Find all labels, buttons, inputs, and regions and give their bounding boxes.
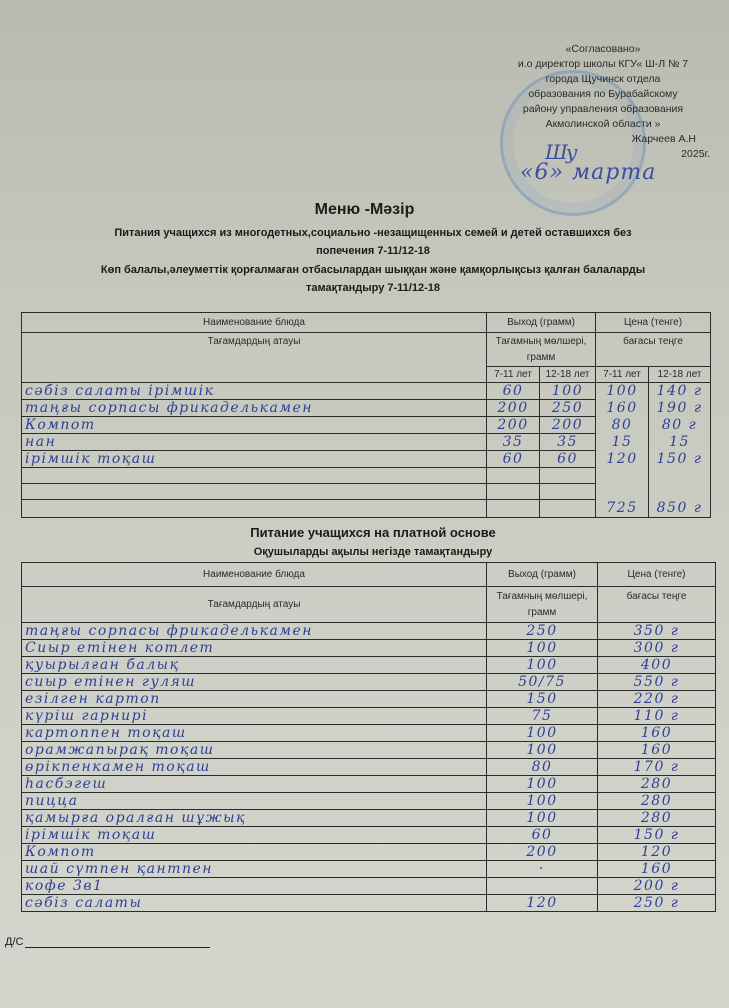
table-row: таңғы сорпасы фрикаделькамен250350 г bbox=[22, 623, 716, 640]
table-row: таңғы сорпасы фрикаделькамен200250160190… bbox=[22, 400, 711, 417]
grams: 100 bbox=[487, 725, 598, 742]
col-header-age-7-11: 7-11 лет bbox=[596, 367, 649, 383]
grams: 100 bbox=[487, 657, 598, 674]
approval-line: и.о директор школы КГУ« Ш-Л № 7 bbox=[478, 57, 728, 72]
grams-7-11: 35 bbox=[487, 434, 540, 451]
handwritten-date: «6» марта bbox=[520, 160, 656, 185]
grams: 50/75 bbox=[487, 674, 598, 691]
grams-7-11: 60 bbox=[487, 383, 540, 400]
table-row bbox=[22, 484, 711, 500]
grams: 250 bbox=[487, 623, 598, 640]
table-row: қамырға оралған шұжық100280 bbox=[22, 810, 716, 827]
grams-7-11: 200 bbox=[487, 400, 540, 417]
table-row: Компот2002008080 г bbox=[22, 417, 711, 434]
price-7-11 bbox=[596, 484, 649, 500]
table-row: ірімшік тоқаш60150 г bbox=[22, 827, 716, 844]
col-header-name-kz: Тағамдардың атауы bbox=[22, 587, 487, 623]
dish-name: езілген картоп bbox=[22, 691, 487, 708]
col-header-price-kz: бағасы теңге bbox=[596, 333, 711, 367]
grams: 120 bbox=[487, 895, 598, 912]
price-7-11: 80 bbox=[596, 417, 649, 434]
table-row: кофе 3в1200 г bbox=[22, 878, 716, 895]
dish-name: сиыр етінен гуляш bbox=[22, 674, 487, 691]
table-row: һасбэгеш100280 bbox=[22, 776, 716, 793]
price: 250 г bbox=[598, 895, 716, 912]
table-row: шай сүтпен қантпен·160 bbox=[22, 861, 716, 878]
table-row: сиыр етінен гуляш50/75550 г bbox=[22, 674, 716, 691]
signoff-label: Д/С bbox=[5, 936, 23, 948]
dish-name: Компот bbox=[22, 417, 487, 434]
price: 160 bbox=[598, 725, 716, 742]
signatory-name: Жарчеев А.Н bbox=[632, 132, 696, 147]
paid-meal-table: Наименование блюда Выход (грамм) Цена (т… bbox=[21, 562, 716, 912]
price: 160 bbox=[598, 861, 716, 878]
grams-7-11: 60 bbox=[487, 451, 540, 468]
table-row: сәбіз салаты ірімшік60100100140 г bbox=[22, 383, 711, 400]
col-header-yield-ru: Выход (грамм) bbox=[487, 563, 598, 587]
grams: 200 bbox=[487, 844, 598, 861]
table-row: орамжапырақ тоқаш100160 bbox=[22, 742, 716, 759]
table-row: қуырылған балық100400 bbox=[22, 657, 716, 674]
col-header-age-12-18: 12-18 лет bbox=[540, 367, 596, 383]
price-12-18: 150 г bbox=[649, 451, 711, 468]
col-header-age-12-18: 12-18 лет bbox=[649, 367, 711, 383]
price-12-18: 140 г bbox=[649, 383, 711, 400]
price-7-11: 160 bbox=[596, 400, 649, 417]
grams: 100 bbox=[487, 793, 598, 810]
price: 300 г bbox=[598, 640, 716, 657]
dish-name: қуырылған балық bbox=[22, 657, 487, 674]
col-header-price-ru: Цена (тенге) bbox=[598, 563, 716, 587]
dish-name: һасбэгеш bbox=[22, 776, 487, 793]
grams: 80 bbox=[487, 759, 598, 776]
col-header-name-ru: Наименование блюда bbox=[22, 563, 487, 587]
grams: 100 bbox=[487, 640, 598, 657]
approval-heading: «Согласовано» bbox=[478, 42, 728, 57]
subtitle-kz-2: тамақтандыру 7-11/12-18 bbox=[28, 279, 718, 297]
dish-name: таңғы сорпасы фрикаделькамен bbox=[22, 400, 487, 417]
grams: 100 bbox=[487, 742, 598, 759]
grams-12-18: 200 bbox=[540, 417, 596, 434]
free-meal-table: Наименование блюда Выход (грамм) Цена (т… bbox=[21, 312, 711, 518]
price: 120 bbox=[598, 844, 716, 861]
dish-name: кофе 3в1 bbox=[22, 878, 487, 895]
price: 160 bbox=[598, 742, 716, 759]
empty-cell bbox=[540, 500, 596, 518]
dish-name: шай сүтпен қантпен bbox=[22, 861, 487, 878]
dish-name: сәбіз салаты bbox=[22, 895, 487, 912]
price: 280 bbox=[598, 810, 716, 827]
empty-cell bbox=[22, 500, 487, 518]
dish-name: сәбіз салаты ірімшік bbox=[22, 383, 487, 400]
price-7-11: 100 bbox=[596, 383, 649, 400]
approval-year: 2025г. bbox=[681, 147, 710, 162]
table-row: пицца100280 bbox=[22, 793, 716, 810]
col-header-yield-ru: Выход (грамм) bbox=[487, 313, 596, 333]
price: 150 г bbox=[598, 827, 716, 844]
grams-12-18 bbox=[540, 484, 596, 500]
table-row: нан35351515 bbox=[22, 434, 711, 451]
total-12-18: 850 г bbox=[649, 500, 711, 518]
approval-block: «Согласовано» и.о директор школы КГУ« Ш-… bbox=[478, 42, 728, 162]
grams: 60 bbox=[487, 827, 598, 844]
dish-name: қамырға оралған шұжық bbox=[22, 810, 487, 827]
total-row: 725850 г bbox=[22, 500, 711, 518]
grams: 75 bbox=[487, 708, 598, 725]
dish-name: таңғы сорпасы фрикаделькамен bbox=[22, 623, 487, 640]
page-title: Меню -Мәзір bbox=[0, 201, 729, 219]
col-header-price-kz: бағасы теңге bbox=[598, 587, 716, 623]
table-row: Сиыр етінен котлет100300 г bbox=[22, 640, 716, 657]
table-row: күріш гарнирі75110 г bbox=[22, 708, 716, 725]
grams-12-18: 250 bbox=[540, 400, 596, 417]
price: 200 г bbox=[598, 878, 716, 895]
col-header-name-ru: Наименование блюда bbox=[22, 313, 487, 333]
table-row: картоппен тоқаш100160 bbox=[22, 725, 716, 742]
table-row: өрікпенкамен тоқаш80170 г bbox=[22, 759, 716, 776]
price-7-11: 120 bbox=[596, 451, 649, 468]
price-12-18: 80 г bbox=[649, 417, 711, 434]
approval-line: Акмолинской области » bbox=[478, 117, 728, 132]
subtitle-ru-2: попечения 7-11/12-18 bbox=[28, 242, 718, 260]
price-12-18: 190 г bbox=[649, 400, 711, 417]
approval-line: району управления образования bbox=[478, 102, 728, 117]
dish-name: Компот bbox=[22, 844, 487, 861]
col-header-price-ru: Цена (тенге) bbox=[596, 313, 711, 333]
table-row: езілген картоп150220 г bbox=[22, 691, 716, 708]
price-12-18 bbox=[649, 468, 711, 484]
grams: · bbox=[487, 861, 598, 878]
dish-name: Сиыр етінен котлет bbox=[22, 640, 487, 657]
section2-title-ru: Питание учащихся на платной основе bbox=[28, 524, 718, 542]
total-7-11: 725 bbox=[596, 500, 649, 518]
dish-name: өрікпенкамен тоқаш bbox=[22, 759, 487, 776]
empty-cell bbox=[487, 500, 540, 518]
grams: 150 bbox=[487, 691, 598, 708]
grams-12-18: 60 bbox=[540, 451, 596, 468]
grams-7-11 bbox=[487, 484, 540, 500]
col-header-name-kz: Тағамдардың атауы bbox=[22, 333, 487, 383]
grams-12-18 bbox=[540, 468, 596, 484]
table-row: Компот200120 bbox=[22, 844, 716, 861]
dish-name: ірімшік тоқаш bbox=[22, 451, 487, 468]
price: 170 г bbox=[598, 759, 716, 776]
col-header-yield-kz: Тағамның мөлшері, грамм bbox=[487, 587, 598, 623]
price-12-18: 15 bbox=[649, 434, 711, 451]
grams: 100 bbox=[487, 776, 598, 793]
price: 280 bbox=[598, 793, 716, 810]
table-row: ірімшік тоқаш6060120150 г bbox=[22, 451, 711, 468]
price-12-18 bbox=[649, 484, 711, 500]
signature-line bbox=[25, 937, 210, 948]
section2-title-kz: Оқушыларды ақылы негізде тамақтандыру bbox=[28, 543, 718, 561]
grams-7-11 bbox=[487, 468, 540, 484]
price: 350 г bbox=[598, 623, 716, 640]
dish-name: картоппен тоқаш bbox=[22, 725, 487, 742]
dish-name: ірімшік тоқаш bbox=[22, 827, 487, 844]
grams bbox=[487, 878, 598, 895]
col-header-yield-kz: Тағамның мөлшері, грамм bbox=[487, 333, 596, 367]
price: 550 г bbox=[598, 674, 716, 691]
subtitle-ru-1: Питания учащихся из многодетных,социальн… bbox=[28, 224, 718, 242]
dish-name: күріш гарнирі bbox=[22, 708, 487, 725]
col-header-age-7-11: 7-11 лет bbox=[487, 367, 540, 383]
dish-name bbox=[22, 468, 487, 484]
dish-name bbox=[22, 484, 487, 500]
dish-name: пицца bbox=[22, 793, 487, 810]
grams-12-18: 35 bbox=[540, 434, 596, 451]
price-7-11 bbox=[596, 468, 649, 484]
dish-name: орамжапырақ тоқаш bbox=[22, 742, 487, 759]
price-7-11: 15 bbox=[596, 434, 649, 451]
grams-7-11: 200 bbox=[487, 417, 540, 434]
price: 110 г bbox=[598, 708, 716, 725]
price: 220 г bbox=[598, 691, 716, 708]
price: 280 bbox=[598, 776, 716, 793]
grams-12-18: 100 bbox=[540, 383, 596, 400]
subtitle-kz-1: Көп балалы,әлеуметтік қорғалмаған отбасы… bbox=[28, 261, 718, 279]
price: 400 bbox=[598, 657, 716, 674]
table-row bbox=[22, 468, 711, 484]
grams: 100 bbox=[487, 810, 598, 827]
approval-line: образования по Бурабайскому bbox=[478, 87, 728, 102]
signoff: Д/С bbox=[5, 936, 210, 948]
dish-name: нан bbox=[22, 434, 487, 451]
approval-line: города Щучинск отдела bbox=[478, 72, 728, 87]
table-row: сәбіз салаты120250 г bbox=[22, 895, 716, 912]
